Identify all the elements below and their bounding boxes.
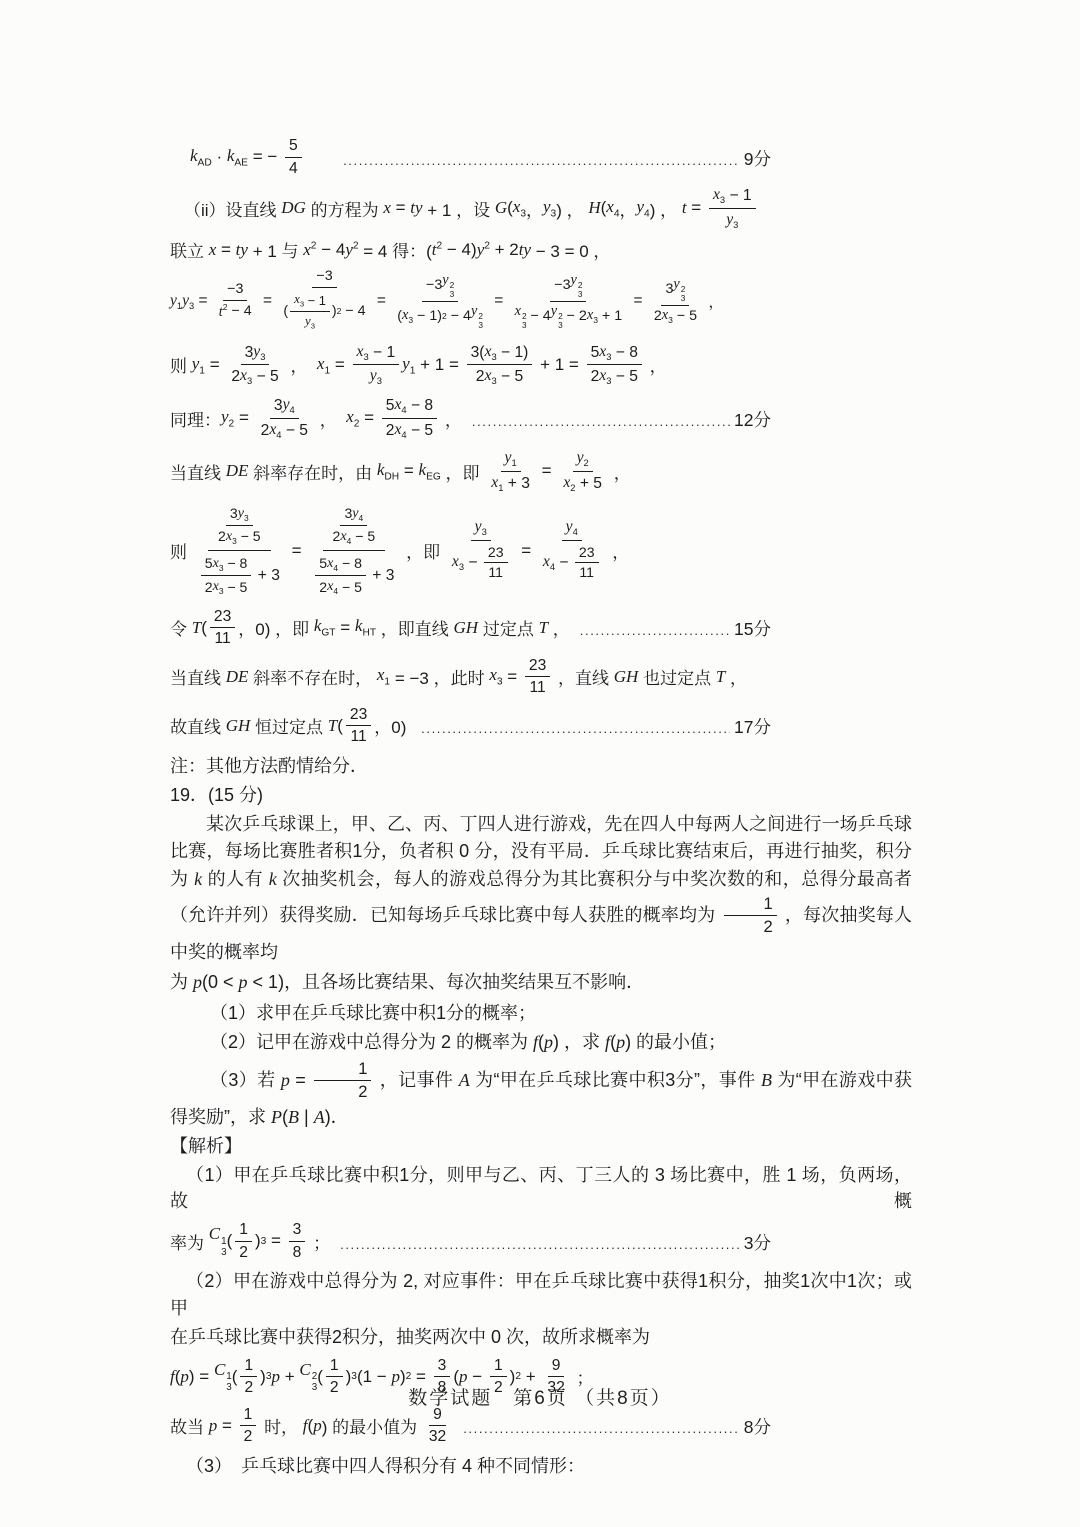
math-text: −3 <box>426 278 442 294</box>
math-variable: k <box>194 869 202 889</box>
math-text: （3）若 <box>210 1070 281 1090</box>
math-subscripted-symbol: x3 <box>599 367 611 387</box>
math-variable: x <box>515 303 521 319</box>
fraction-denominator: x2 + 5 <box>559 472 606 495</box>
math-subscripted-symbol: x4 <box>606 197 619 219</box>
math-variable: T <box>328 716 337 736</box>
fraction: 2311 <box>346 705 371 747</box>
math-text: 23 <box>488 545 504 561</box>
math-text: = <box>287 541 306 561</box>
math-text: 23 <box>579 545 595 561</box>
math-subscripted-symbol-index: 3 <box>311 322 315 331</box>
score-marker: 17分 <box>734 712 771 739</box>
math-variable: y <box>182 292 189 309</box>
score-marker: 12分 <box>734 405 771 432</box>
math-variable: p <box>193 972 202 992</box>
sol1-text: （1）甲在乒乓球比赛中积1分，则甲与乙、丙、丁三人的 3 场比赛中，胜 1 场，… <box>170 1162 912 1214</box>
math-text: 【解析】 <box>170 1136 242 1156</box>
math-variable: p <box>239 972 248 992</box>
line-ze-nested: 则 3y32x3 − 55x3 − 82x3 − 5 + 3 = 3y42x4 … <box>170 501 912 601</box>
math-text: 11 <box>530 679 546 697</box>
math-text: ，0) ，即 <box>238 615 314 640</box>
fraction: x3 − 1y3 <box>290 291 330 332</box>
math-text: − 1 <box>369 344 396 362</box>
fraction-numerator: y1 <box>501 448 521 472</box>
math-text: − 4) <box>442 240 477 260</box>
math-text: = <box>490 292 508 310</box>
math-text: ( <box>227 1231 233 1251</box>
math-text: 当直线 <box>170 664 226 689</box>
math-text: = <box>266 1231 285 1251</box>
math-text: 2 <box>319 580 327 596</box>
math-variable: k <box>269 869 277 889</box>
math-variable: p <box>616 1032 625 1052</box>
math-subscripted-symbol: y1 <box>402 354 415 376</box>
fraction-denominator: 2x4 − 5 <box>257 419 312 442</box>
fraction-numerator: 3y3 <box>241 342 270 366</box>
math-variable: y <box>571 272 577 288</box>
math-text: = <box>259 292 277 310</box>
math-text: − 5 <box>497 368 524 386</box>
math-subsup-symbol: y23 <box>471 304 483 330</box>
math-text: 1 <box>330 1357 339 1375</box>
math-text: 2 <box>205 580 213 596</box>
math-text: − 5 <box>338 580 362 596</box>
math-subscripted-symbol: x3 <box>226 528 237 546</box>
math-text: 2 <box>654 309 662 325</box>
math-variable: k <box>190 146 198 165</box>
math-subscripted-symbol: kHT <box>355 616 376 638</box>
fraction-numerator: 1 <box>314 1059 371 1082</box>
document-lines: kAD · kAE = − 54 .......................… <box>170 130 912 1482</box>
line-de-slope-exists: 当直线 DE 斜率存在时，由 kDH = kEG ，即 y1x1 + 3 = y… <box>170 447 912 495</box>
math-variable: y <box>345 240 353 259</box>
math-text: ) ， <box>650 196 682 221</box>
math-subscripted-symbol: y3 <box>543 197 556 219</box>
fraction-numerator: 3 <box>289 1220 306 1242</box>
math-text: − 8 <box>224 556 248 572</box>
math-text: − 5 <box>237 529 261 545</box>
math-text: − 5 <box>281 422 308 440</box>
fraction: 12 <box>240 1405 257 1447</box>
math-subscripted-symbol: x4 <box>327 555 338 573</box>
math-text: = <box>234 408 253 428</box>
line-y1y3-chain: y1y3 = −3t2 − 4 = −3(x3 − 1y3)2 − 4 = −3… <box>170 267 912 335</box>
fraction: 3y42x4 − 5 <box>329 504 380 548</box>
math-text: 2 <box>318 1083 367 1102</box>
math-text: = <box>290 1070 311 1090</box>
math-text: 故当 <box>170 1413 209 1438</box>
math-text: = <box>517 541 536 561</box>
math-text: （2）甲在游戏中总得分为 2, 对应事件：甲在乒乓球比赛中获得1积分，抽奖1次中… <box>170 1271 912 1317</box>
math-text: − 1) <box>413 309 442 325</box>
math-text: − 5 <box>351 529 375 545</box>
fraction-denominator: 11 <box>346 726 370 747</box>
fraction-denominator: 2x4 − 5 <box>315 576 366 597</box>
line-gh-conclusion: 故直线 GH 恒过定点 T(2311，0) ..................… <box>170 704 771 748</box>
math-text: ， <box>645 352 667 377</box>
line-lianli: 联立 x = ty + 1 与 x2 − 4y2 = 4 得：(t2 − 4)y… <box>170 237 912 262</box>
math-text: = <box>359 408 378 428</box>
dotted-leader: ........................................… <box>580 623 730 638</box>
math-subscripted-symbol-index: HT <box>362 628 376 639</box>
math-text: 过定点 <box>478 615 538 640</box>
math-text: 注：其他方法酌情给分． <box>170 756 368 776</box>
math-subscripted-symbol: x3 <box>513 197 526 219</box>
math-subscripted-symbol: kGT <box>314 616 336 638</box>
math-subscripted-symbol: x3 <box>213 578 224 596</box>
math-subscripted-symbol-index: 3 <box>244 512 249 522</box>
math-subscripted-symbol: y2 <box>577 449 589 469</box>
line-de-slope-not-exists: 当直线 DE 斜率不存在时， x1 = −3 ，此时 x3 = 2311 ，直线… <box>170 655 912 699</box>
fraction-numerator: x3 − 1 <box>709 185 756 209</box>
math-text: ， <box>609 459 631 484</box>
math-subscripted-symbol: x3 <box>240 367 252 387</box>
math-subscripted-symbol: x4 <box>543 553 555 573</box>
math-text: + 3 <box>253 567 280 585</box>
math-subsup-symbol: y23 <box>551 304 563 330</box>
fraction-numerator: 5x3 − 8 <box>587 342 642 366</box>
math-text: + 1 = <box>415 355 463 375</box>
fraction-numerator: 1 <box>724 894 777 917</box>
math-variable: G <box>495 198 507 218</box>
page-footer: 数学试题 第6页 （共8页） <box>0 1383 1080 1410</box>
math-subsup-symbol: y23 <box>673 277 685 303</box>
dotted-leader: ........................................… <box>340 1237 740 1252</box>
fraction: x3 − 1y3 <box>353 342 400 388</box>
math-subsup-symbol: x23 <box>515 304 527 330</box>
math-text: ( <box>337 716 343 736</box>
math-text: ，直线 <box>553 664 613 689</box>
line-tongli: 同理：y2 = 3y42x4 − 5 ， x2 = 5x4 − 82x4 − 5… <box>170 394 771 442</box>
fraction-denominator: 2x3 − 5 <box>587 365 642 388</box>
fraction-denominator: x4 − 2311 <box>539 541 605 585</box>
math-text: ， <box>526 196 543 221</box>
math-subscripted-symbol: x2 <box>346 407 359 429</box>
math-text: − 8 <box>338 556 362 572</box>
math-subscripted-symbol: y3 <box>182 292 194 311</box>
fraction-numerator: x3 − 1 <box>290 291 330 312</box>
math-subscripted-symbol: x3 <box>452 553 464 573</box>
math-variable: B <box>288 1107 299 1127</box>
math-text: 斜率不存在时， <box>248 664 376 689</box>
fraction-denominator: 2x4 − 5 <box>382 419 437 442</box>
math-text: ， <box>704 290 724 312</box>
math-text: ， <box>440 406 462 431</box>
math-text: = − <box>248 147 282 167</box>
math-variable: x <box>713 186 720 203</box>
math-text: − 1 <box>725 187 752 205</box>
math-text: + 1 = <box>535 355 583 375</box>
fraction-numerator: 1 <box>490 1356 507 1378</box>
math-text: −3 <box>554 278 570 294</box>
math-variable: y <box>673 276 679 292</box>
math-text: ) ， <box>556 196 588 221</box>
math-text: = 4 得：( <box>359 237 432 262</box>
math-text: = <box>205 355 224 375</box>
math-subscripted-symbol: x3 <box>357 343 369 363</box>
math-variable: x <box>543 553 550 570</box>
math-text: = <box>330 355 349 375</box>
math-text: 5 <box>289 137 298 155</box>
fraction: 3y42x4 − 55x4 − 82x4 − 5 + 3 <box>309 502 398 600</box>
math-text: （1）甲在乒乓球比赛中积1分，则甲与乙、丙、丁三人的 3 场比赛中，胜 1 场，… <box>170 1165 912 1211</box>
math-subscripted-symbol: x4 <box>269 421 281 441</box>
math-text: 32 <box>429 1428 446 1446</box>
fraction-denominator: 2x3 − 5 <box>214 526 265 547</box>
math-text: = <box>629 292 647 310</box>
fraction-denominator: 5x4 − 82x4 − 5 + 3 <box>309 551 398 600</box>
math-superscripted-symbol: t2 <box>432 240 442 260</box>
math-subscripted-symbol-index: 3 <box>260 352 265 362</box>
math-text: − 1) <box>497 344 529 362</box>
math-subscripted-symbol: y1 <box>505 449 517 469</box>
math-subscripted-symbol: kAE <box>227 146 248 168</box>
fraction-numerator: y4 <box>562 517 582 541</box>
math-text: 2 <box>261 422 270 440</box>
math-variable: B <box>761 1070 772 1090</box>
math-subscripted-symbol: y3 <box>238 505 249 523</box>
fraction-denominator: 11 <box>484 563 507 582</box>
math-text: ， <box>620 196 637 221</box>
math-text: 为 <box>170 972 193 992</box>
math-variable: y <box>475 518 482 535</box>
math-text: 1 <box>728 895 773 914</box>
item-3: （3）若 p = 12 ，记事件 A 为“甲在乒乓球比赛中积3分”，事件 B 为… <box>170 1058 912 1130</box>
fraction-denominator: (x3 − 1y3)2 − 4 <box>279 288 369 334</box>
math-subscripted-symbol: y4 <box>566 518 578 538</box>
math-text: ，记事件 <box>374 1070 458 1090</box>
fraction-denominator: 2x4 − 5 <box>329 526 380 547</box>
math-text: + 2 <box>490 240 519 260</box>
math-variable: y <box>402 354 410 373</box>
math-variable: x <box>452 553 459 570</box>
fraction-numerator: 3y3 <box>226 504 253 526</box>
math-text: = <box>217 1416 236 1436</box>
math-text: −3 <box>316 269 332 285</box>
math-subscripted-symbol: x1 <box>377 665 390 687</box>
fraction: −3(x3 − 1y3)2 − 4 <box>279 268 369 334</box>
math-variable: y <box>637 197 645 216</box>
math-text: = −3 ，此时 <box>390 664 489 689</box>
fraction-numerator: 3y4 <box>270 395 299 419</box>
math-variable: ty <box>410 198 422 218</box>
fraction-denominator: 32 <box>425 1426 450 1447</box>
math-text: （3） 乒乓球比赛中四人得积分有 4 种不同情形： <box>186 1456 585 1476</box>
math-subscripted-symbol: y4 <box>352 505 363 523</box>
math-text: + 5 <box>575 475 602 493</box>
math-subscripted-symbol: x3 <box>213 555 224 573</box>
math-text: 4 <box>289 160 298 178</box>
math-variable: T <box>716 667 725 687</box>
math-variable: A <box>314 1107 325 1127</box>
math-subscripted-symbol: y3 <box>305 314 315 331</box>
math-subscripted-symbol: x4 <box>394 421 406 441</box>
math-text: − 5 <box>673 309 697 325</box>
fraction-numerator: 5x4 − 8 <box>382 395 437 419</box>
math-subscripted-symbol: x2 <box>563 474 575 494</box>
fraction: 54 <box>285 136 302 178</box>
math-subscript: 3 <box>478 321 483 330</box>
fraction-denominator: 2 <box>240 1426 257 1447</box>
math-text: 在乒乓球比赛中获得2积分，抽奖两次中 0 次，故所求概率为 <box>170 1327 650 1347</box>
math-subscripted-symbol-index: 3 <box>377 376 382 386</box>
fraction: 932 <box>425 1405 450 1447</box>
fraction: 5x3 − 82x3 − 5 <box>201 554 252 598</box>
math-text: 2 <box>231 368 240 386</box>
item-1: （1）求甲在乒乓球比赛中积1分的概率； <box>170 1000 912 1026</box>
math-variable: y <box>442 272 448 288</box>
math-text: ， <box>608 538 630 563</box>
math-variable: y <box>370 367 377 384</box>
math-text: = <box>194 292 212 310</box>
math-subscripted-symbol-index: AE <box>234 157 248 168</box>
item-2: （2）记甲在游戏中总得分为 2 的概率为 f(p) ，求 f(p) 的最小值； <box>170 1029 912 1055</box>
fraction: 2311 <box>575 544 599 583</box>
fraction-numerator: 3y42x4 − 5 <box>323 502 386 552</box>
line-ling-T: 令 T(2311，0) ，即 kGT = kHT ，即直线 GH 过定点 T ，… <box>170 606 771 650</box>
math-text: 为“甲在乒乓球比赛中积3分”，事件 <box>470 1070 761 1090</box>
math-text: + 1 <box>598 309 622 325</box>
math-text: + 1 ，设 <box>423 196 495 221</box>
math-variable: y <box>471 303 477 319</box>
fraction-numerator: −3y23 <box>550 272 586 302</box>
math-text: 时， <box>259 1413 302 1438</box>
math-text: = <box>216 240 235 260</box>
math-text <box>305 147 333 167</box>
fraction-denominator: 5x3 − 82x3 − 5 + 3 <box>195 551 284 600</box>
fraction: 3y42x4 − 5 <box>257 395 312 441</box>
math-text: = <box>373 292 391 310</box>
math-text: 恒过定点 <box>250 713 327 738</box>
fraction-denominator: 2 <box>235 1242 252 1263</box>
fraction: −3y23x23 − 4y23 − 2x3 + 1 <box>511 272 627 331</box>
fraction-numerator: 1 <box>235 1220 252 1242</box>
fraction-numerator: −3y23 <box>422 272 458 302</box>
math-variable: DE <box>226 667 249 687</box>
math-text: ，0) <box>374 713 411 738</box>
fraction-denominator: 2 <box>724 916 777 938</box>
math-text: < 1)，且各场比赛结果、每次抽奖结果互不影响． <box>248 972 645 992</box>
fraction-denominator: y3 <box>366 365 386 388</box>
math-text: ， <box>548 615 570 640</box>
math-text: 9 <box>552 1357 561 1375</box>
math-text: | <box>299 1107 314 1127</box>
math-text: （ii）设直线 <box>184 196 281 221</box>
math-variable: C <box>214 1360 225 1379</box>
fraction-denominator: 2x3 − 5 <box>227 365 282 388</box>
math-variable: x <box>489 665 497 684</box>
fraction-denominator: 4 <box>285 158 302 179</box>
fraction: 5x3 − 82x3 − 5 <box>587 342 642 388</box>
fraction-denominator: x23 − 4y23 − 2x3 + 1 <box>511 302 627 331</box>
fraction-denominator: 2x3 − 5 <box>201 576 252 597</box>
math-variable: DE <box>226 461 249 481</box>
math-variable: T <box>192 618 201 638</box>
math-subsup-symbol: y23 <box>571 273 583 299</box>
math-variable: y <box>577 449 584 466</box>
score-marker: 3分 <box>744 1228 771 1255</box>
math-variable: y <box>283 396 290 413</box>
math-text: = <box>537 461 556 481</box>
score-marker: 9分 <box>744 144 771 171</box>
math-text: + 3 <box>503 475 530 493</box>
math-subscripted-symbol: y4 <box>283 396 295 416</box>
fraction: y2x2 + 5 <box>559 448 606 494</box>
fraction-numerator: 23 <box>210 607 235 629</box>
fraction: x3 − 1y3 <box>709 185 756 231</box>
math-text: 同理： <box>170 406 221 431</box>
math-text: 11 <box>579 565 594 581</box>
fraction-numerator: 9 <box>548 1356 565 1378</box>
heading-jiexi: 【解析】 <box>170 1133 912 1159</box>
math-text: 23 <box>214 608 231 626</box>
fraction: 5x4 − 82x4 − 5 <box>382 395 437 441</box>
math-variable: H <box>588 198 600 218</box>
math-text: 2 <box>728 918 773 937</box>
math-superscript: 2 <box>578 281 583 290</box>
math-text: ，即直线 <box>376 615 453 640</box>
fraction-numerator: 23 <box>525 656 550 678</box>
fraction: 38 <box>289 1220 306 1262</box>
fraction-denominator: 11 <box>210 628 234 649</box>
math-text: 则 <box>170 352 192 377</box>
math-text: 3 <box>293 1221 302 1239</box>
fraction-denominator: 2x3 − 5 <box>472 365 527 388</box>
math-text: 3( <box>471 344 485 362</box>
exam-solution-page: kAD · kAE = − 54 .......................… <box>0 0 1080 1527</box>
math-text: 也过定点 <box>638 664 715 689</box>
para-q19: 某次乒乓球课上，甲、乙、丙、丁四人进行游戏，先在四人中每两人之间进行一场乒乓球比… <box>170 811 912 967</box>
math-subscripted-symbol: x3 <box>294 292 304 309</box>
math-variable: x <box>303 240 311 259</box>
math-variable: GH <box>454 618 479 638</box>
math-text: − 5 <box>252 368 279 386</box>
math-text: 当直线 <box>170 459 226 484</box>
fraction-denominator: 2x3 − 5 <box>650 306 701 326</box>
math-superscripted-symbol: x2 <box>303 240 316 260</box>
line-ze-y1x1: 则 y1 = 3y32x3 − 5 ， x1 = x3 − 1y3y1 + 1 … <box>170 341 912 389</box>
math-subscripted-symbol-index: 3 <box>482 527 487 537</box>
math-text: 故直线 <box>170 713 226 738</box>
math-subsup-symbol: y23 <box>442 273 454 299</box>
math-subscripted-symbol: y3 <box>370 367 382 387</box>
fraction-numerator: 5x3 − 8 <box>201 554 252 576</box>
math-subscripted-symbol: x1 <box>317 354 330 376</box>
math-superscripted-symbol: t2 <box>219 303 228 321</box>
math-subscripted-symbol-index: 2 <box>584 458 589 468</box>
math-variable: C <box>299 1360 310 1379</box>
math-text: （2）记甲在游戏中总得分为 2 的概率为 <box>210 1032 533 1052</box>
math-text: − 4 <box>447 309 471 325</box>
math-subscript: 3 <box>450 290 455 299</box>
math-text: 3 <box>230 506 238 522</box>
math-subscripted-symbol: y1 <box>192 354 205 376</box>
math-text: 5 <box>205 556 213 572</box>
math-text: 3 <box>245 344 254 362</box>
fraction: −3y23(x3 − 1)2 − 4y23 <box>393 272 487 331</box>
fraction: y3x3 − 2311 <box>448 517 514 584</box>
line-ii-setup: （ii）设直线 DG 的方程为 x = ty + 1 ，设 G(x3，y3) ，… <box>170 184 912 232</box>
fraction: 3(x3 − 1)2x3 − 5 <box>467 342 533 388</box>
math-subscripted-symbol-index: 1 <box>511 458 516 468</box>
fraction: y1x1 + 3 <box>487 448 534 494</box>
math-text: 11 <box>488 565 503 581</box>
math-subscripted-symbol: y3 <box>475 518 487 538</box>
math-text: = <box>399 461 418 481</box>
fraction-numerator: 23 <box>346 705 371 727</box>
sol2-text-2: 在乒乓球比赛中获得2积分，抽奖两次中 0 次，故所求概率为 <box>170 1324 912 1350</box>
